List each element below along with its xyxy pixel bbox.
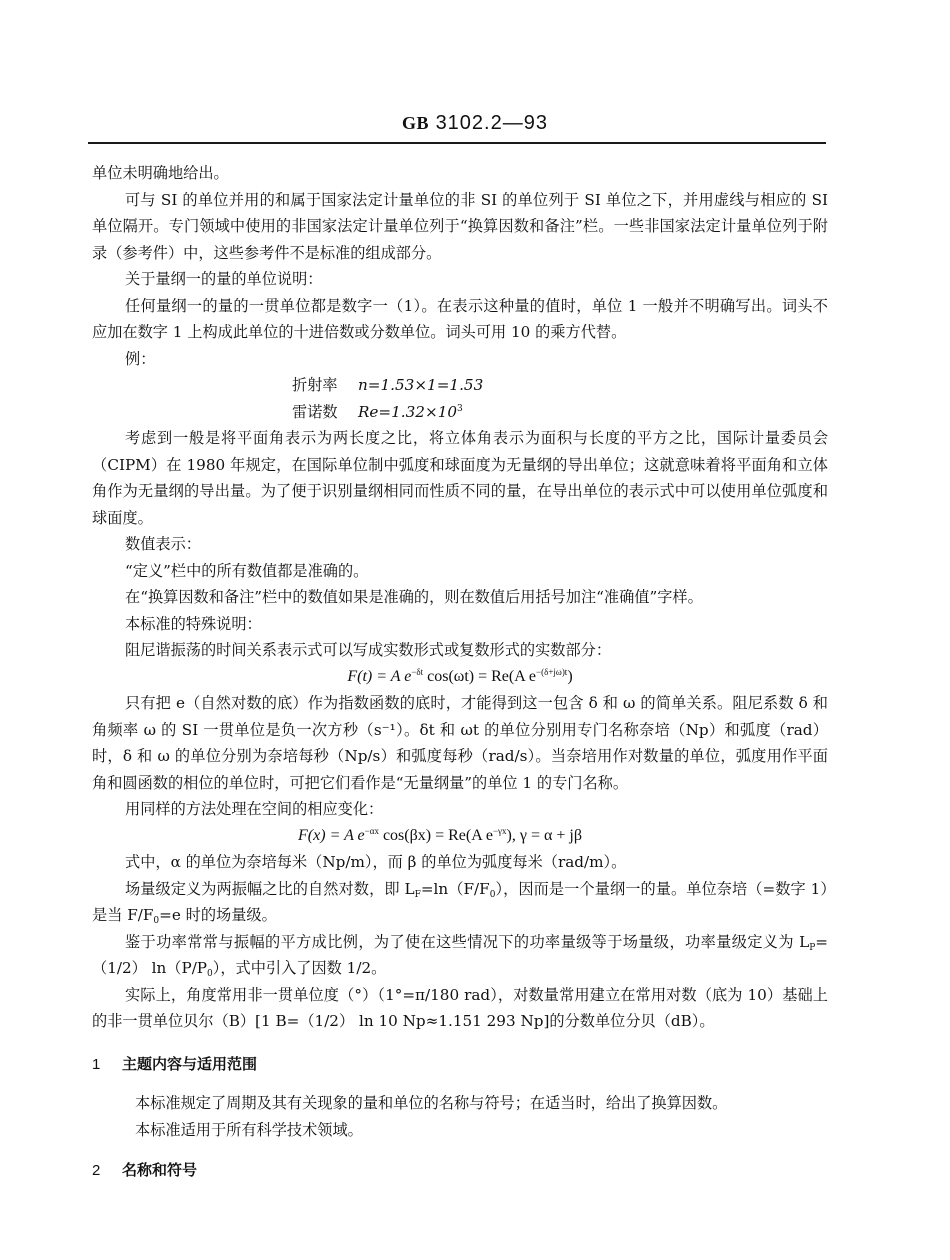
paragraph: 数值表示： bbox=[92, 531, 828, 558]
paragraph: 式中，α 的单位为奈培每米（Np/m），而 β 的单位为弧度每米（rad/m）。 bbox=[92, 849, 828, 876]
standard-prefix: GB bbox=[402, 113, 429, 133]
section-heading-1: 1主题内容与适用范围 bbox=[92, 1051, 828, 1079]
paragraph: 例： bbox=[92, 346, 828, 373]
page-header: GB 3102.2—93 bbox=[0, 112, 950, 135]
paragraph: 本标准的特殊说明： bbox=[92, 611, 828, 638]
formula-part: F(x) = A e bbox=[298, 827, 365, 844]
section-number: 2 bbox=[92, 1158, 122, 1185]
section-heading-2: 2名称和符号 bbox=[92, 1157, 828, 1185]
example-label: 雷诺数 bbox=[292, 399, 358, 426]
formula-part: cos(ωt) = Re(A e bbox=[423, 668, 536, 685]
header-rule bbox=[88, 142, 826, 144]
example-refractive-index: 折射率n=1.53×1=1.53 bbox=[92, 372, 828, 399]
formula-part: ) bbox=[567, 668, 572, 685]
formula-exponent: −δt bbox=[411, 667, 423, 677]
formula-exponent: −αx bbox=[365, 826, 379, 836]
example-reynolds-number: 雷诺数Re=1.32×103 bbox=[92, 399, 828, 426]
text-run: =ln（F/F bbox=[421, 880, 490, 898]
example-expression: Re=1.32×10 bbox=[358, 403, 457, 421]
section-1-body: 本标准规定了周期及其有关现象的量和单位的名称与符号；在适当时，给出了换算因数。 … bbox=[92, 1090, 828, 1143]
formula-part: F(t) = A e bbox=[347, 668, 411, 685]
formula-part: cos(βx) = Re(A e bbox=[379, 827, 493, 844]
paragraph: “定义”栏中的所有数值都是准确的。 bbox=[92, 558, 828, 585]
formula-part: ), γ = α + jβ bbox=[507, 827, 582, 844]
text-run: =e 时的场量级。 bbox=[159, 906, 277, 924]
paragraph: 单位未明确地给出。 bbox=[92, 160, 828, 187]
paragraph: 只有把 e（自然对数的底）作为指数函数的底时，才能得到这一包含 δ 和 ω 的简… bbox=[92, 690, 828, 796]
exponent: 3 bbox=[457, 404, 463, 414]
document-body: 单位未明确地给出。 可与 SI 的单位并用的和属于国家法定计量单位的非 SI 的… bbox=[92, 160, 828, 1185]
standard-number: 3102.2—93 bbox=[436, 112, 548, 134]
paragraph: 实际上，角度常用非一贯单位度（°）（1°=π/180 rad），对数量常用建立在… bbox=[92, 982, 828, 1035]
paragraph: 在“换算因数和备注”栏中的数值如果是准确的，则在数值后用括号加注“准确值”字样。 bbox=[92, 584, 828, 611]
section-number: 1 bbox=[92, 1052, 122, 1079]
text-run: ），式中引入了因数 1/2。 bbox=[213, 959, 387, 977]
paragraph: 任何量纲一的量的一贯单位都是数字一（1）。在表示这种量的值时，单位 1 一般并不… bbox=[92, 293, 828, 346]
paragraph: 本标准适用于所有科学技术领域。 bbox=[102, 1117, 828, 1144]
paragraph: 用同样的方法处理在空间的相应变化： bbox=[92, 796, 828, 823]
section-title: 名称和符号 bbox=[122, 1161, 197, 1179]
paragraph-field-level: 场量级定义为两振幅之比的自然对数，即 LF=ln（F/F0），因而是一个量纲一的… bbox=[92, 876, 828, 929]
formula-time-damped: F(t) = A e−δt cos(ωt) = Re(A e−(δ+jω)t) bbox=[92, 664, 828, 691]
paragraph: 考虑到一般是将平面角表示为两长度之比，将立体角表示为面积与长度的平方之比，国际计… bbox=[92, 425, 828, 531]
section-title: 主题内容与适用范围 bbox=[122, 1055, 257, 1073]
formula-exponent: −(δ+jω)t bbox=[536, 667, 567, 677]
text-run: 鉴于功率常常与振幅的平方成比例，为了使在这些情况下的功率量级等于场量级，功率量级… bbox=[125, 933, 809, 951]
paragraph-power-level: 鉴于功率常常与振幅的平方成比例，为了使在这些情况下的功率量级等于场量级，功率量级… bbox=[92, 929, 828, 982]
paragraph: 阻尼谐振荡的时间关系表示式可以写成实数形式或复数形式的实数部分： bbox=[92, 637, 828, 664]
example-label: 折射率 bbox=[292, 372, 358, 399]
paragraph: 可与 SI 的单位并用的和属于国家法定计量单位的非 SI 的单位列于 SI 单位… bbox=[92, 187, 828, 267]
paragraph: 本标准规定了周期及其有关现象的量和单位的名称与符号；在适当时，给出了换算因数。 bbox=[102, 1090, 828, 1117]
text-run: 场量级定义为两振幅之比的自然对数，即 L bbox=[125, 880, 415, 898]
formula-space-damped: F(x) = A e−αx cos(βx) = Re(A e−γx), γ = … bbox=[92, 823, 828, 850]
example-expression: n=1.53×1=1.53 bbox=[358, 376, 483, 394]
paragraph: 关于量纲一的量的单位说明： bbox=[92, 266, 828, 293]
formula-exponent: −γx bbox=[493, 826, 507, 836]
